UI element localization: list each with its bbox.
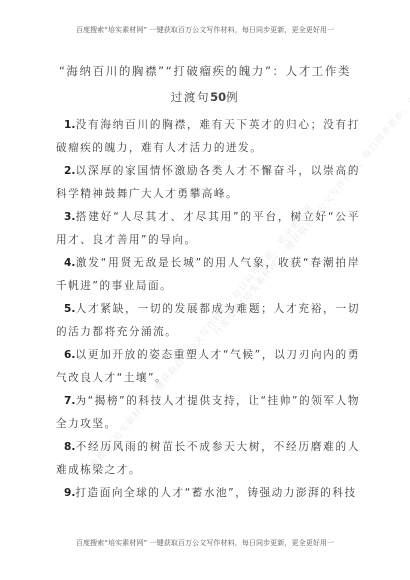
- item-index: 2.: [64, 165, 75, 177]
- item-index: 7.: [64, 395, 75, 407]
- item-index: 6.: [64, 349, 75, 361]
- item-index: 4.: [64, 257, 75, 269]
- document-title-line2: 过渡句50例: [40, 89, 370, 105]
- title-number: 50: [210, 90, 226, 104]
- title-prefix: 过渡句: [171, 90, 210, 104]
- list-item: 7.为“揭榜”的科技人才提供支持，让“挂帅”的领军人物全力攻坚。: [56, 390, 360, 435]
- list-item: 9.打造面向全球的人才“蓄水池”，铸强动力澎湃的科技: [56, 482, 360, 505]
- item-index: 3.: [64, 211, 75, 223]
- item-text: 以更加开放的姿态重塑人才“气候”，以刀刃向内的勇气改良人才“土壤”。: [56, 349, 360, 384]
- item-text: 不经历风雨的树苗长不成参天大树，不经历磨难的人难成栋梁之才。: [56, 441, 360, 476]
- list-item: 1.没有海纳百川的胸襟，难有天下英才的归心；没有打破瘤疾的魄力，难有人才活力的迸…: [56, 114, 360, 159]
- item-index: 5.: [64, 303, 75, 315]
- title-suffix: 例: [226, 90, 239, 104]
- document-body: 1.没有海纳百川的胸襟，难有天下英才的归心；没有打破瘤疾的魄力，难有人才活力的迸…: [56, 114, 360, 506]
- item-index: 8.: [64, 441, 75, 453]
- item-text: 搭建好“人尽其才、才尽其用”的平台，树立好“公平用才、良才善用”的导向。: [56, 211, 360, 246]
- list-item: 6.以更加开放的姿态重塑人才“气候”，以刀刃向内的勇气改良人才“土壤”。: [56, 344, 360, 389]
- item-text: 激发“用贤无敌是长城”的用人气象，收获“春潮拍岸千帆进”的事业局面。: [56, 257, 360, 292]
- item-index: 9.: [64, 487, 75, 499]
- list-item: 5.人才紧缺，一切的发展都成为难题；人才充裕，一切的活力都将充分涌流。: [56, 298, 360, 343]
- item-text: 人才紧缺，一切的发展都成为难题；人才充裕，一切的活力都将充分涌流。: [56, 303, 360, 338]
- list-item: 8.不经历风雨的树苗长不成参天大树，不经历磨难的人难成栋梁之才。: [56, 436, 360, 481]
- item-index: 1.: [64, 119, 75, 131]
- list-item: 2.以深厚的家国情怀激励各类人才不懈奋斗，以崇高的科学精神鼓舞广大人才勇攀高峰。: [56, 160, 360, 205]
- item-text: 以深厚的家国情怀激励各类人才不懈奋斗，以崇高的科学精神鼓舞广大人才勇攀高峰。: [56, 165, 360, 200]
- item-text: 打造面向全球的人才“蓄水池”，铸强动力澎湃的科技: [75, 487, 356, 499]
- document-title: “海纳百川的胸襟”“打破瘤疾的魄力”：人才工作类: [40, 63, 370, 79]
- list-item: 4.激发“用贤无敌是长城”的用人气象，收获“春潮拍岸千帆进”的事业局面。: [56, 252, 360, 297]
- page-footer: 百度搜索“培实素材网” 一键获取百万公文写作材料，每日同步更新，更全更好用一: [0, 538, 410, 548]
- list-item: 3.搭建好“人尽其才、才尽其用”的平台，树立好“公平用才、良才善用”的导向。: [56, 206, 360, 251]
- item-text: 为“揭榜”的科技人才提供支持，让“挂帅”的领军人物全力攻坚。: [56, 395, 360, 430]
- page-header: 百度搜索“培实素材网” 一键获取百万公文写作材料，每日同步更新，更全更好用一: [0, 25, 410, 35]
- item-text: 没有海纳百川的胸襟，难有天下英才的归心；没有打破瘤疾的魄力，难有人才活力的迸发。: [56, 119, 360, 154]
